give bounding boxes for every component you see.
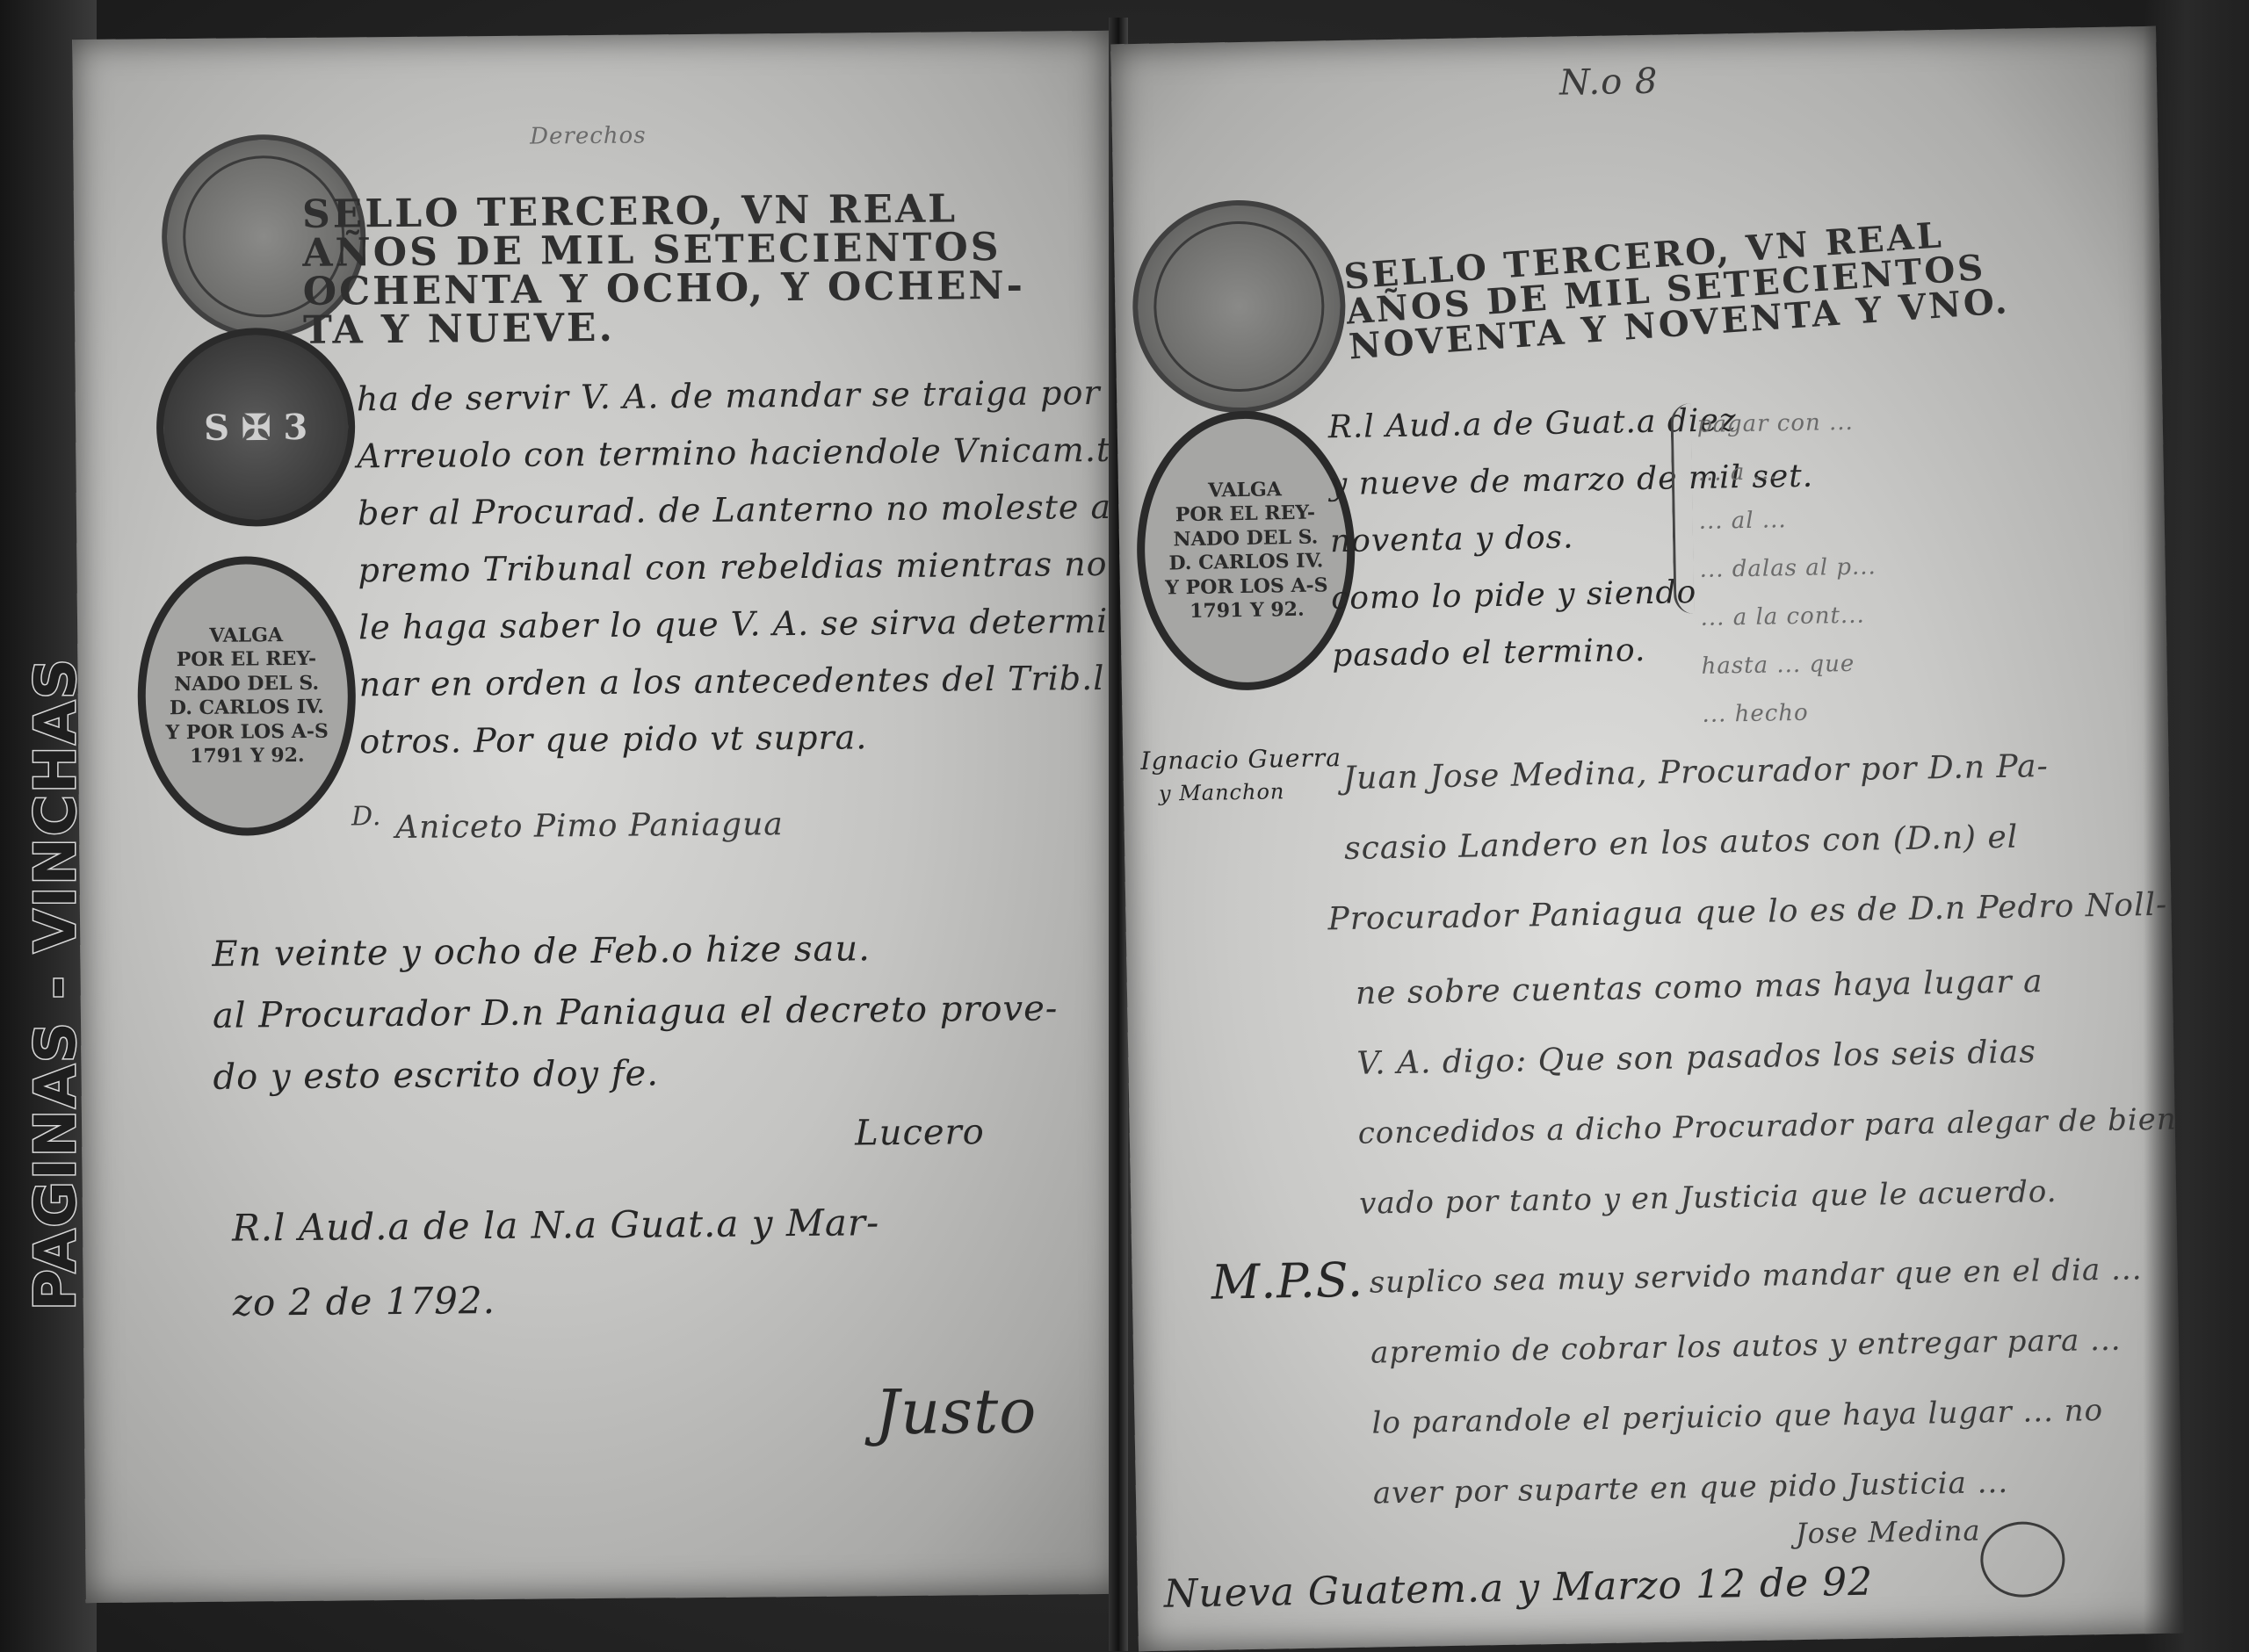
diligence-line: En veinte y ocho de Feb.o hize sau. [212, 928, 871, 975]
margin-bracket [1670, 403, 1694, 614]
seal-line: NADO DEL S. [174, 671, 319, 696]
seal-line: D. CARLOS IV. [170, 696, 324, 721]
petition-line: Juan Jose Medina, Procurador por D.n Pa- [1342, 748, 2049, 797]
habilitation-seal: VALGA POR EL REY- NADO DEL S. D. CARLOS … [1134, 409, 1357, 692]
stamp-line: TA Y NUEVE. [303, 306, 1026, 350]
body-line: Arreuolo con termino haciendole Vnicam.t… [357, 429, 1123, 475]
body-line: ha de servir V. A. de mandar se traiga p… [357, 373, 1101, 418]
petition-line: aver por suparte en que pido Justicia ..… [1373, 1465, 2009, 1511]
salutation: M.P.S. [1211, 1252, 1363, 1310]
seal-line: VALGA [209, 624, 283, 648]
seal-line: POR EL REY- [177, 647, 316, 673]
margin-signature: y Manchon [1159, 779, 1285, 805]
decree-line: noventa y dos. [1330, 519, 1574, 559]
body-line: nar en orden a los antecedentes del Trib… [358, 658, 1122, 703]
margin-note: ... a la cont... [1700, 602, 1865, 631]
petitioner-signature: Jose Medina [1796, 1513, 1981, 1550]
right-page: N.o 8 SELLO TERCERO, VN REAL AÑOS DE MIL… [1110, 26, 2184, 1651]
seal-line: 1791 Y 92. [1190, 598, 1305, 624]
seal-line: 1791 Y 92. [190, 744, 305, 769]
carolus-royal-seal [1131, 198, 1347, 415]
left-page: Derechos SELLO TERCERO, VN REAL AÑOS DE … [72, 31, 1122, 1603]
seal-line: D. CARLOS IV. [1168, 549, 1323, 576]
coin-seal: S ✠ 3 [155, 327, 356, 527]
seal-line: Y POR LOS A-S [165, 719, 329, 745]
body-line: ber al Procurad. de Lanterno no moleste … [358, 486, 1123, 532]
petition-line: suplico sea muy servido mandar que en el… [1369, 1252, 2142, 1300]
body-line: le haga saber lo que V. A. se sirva dete… [358, 602, 1120, 647]
stamp-line: OCHENTA Y OCHO, Y OCHEN- [303, 267, 1026, 312]
closing-date-line: Nueva Guatem.a y Marzo 12 de 92 [1163, 1560, 1873, 1617]
margin-note: ... hecho [1702, 700, 1809, 728]
body-line: premo Tribunal con rebeldias mientras no… [358, 544, 1122, 589]
petition-line: ne sobre cuentas como mas haya lugar a [1356, 963, 2043, 1012]
right-stamp-text: SELLO TERCERO, VN REAL AÑOS DE MIL SETEC… [1342, 213, 2010, 364]
decree-line: R.l Aud.a de la N.a Guat.a y Mar- [232, 1201, 880, 1249]
seal-line: POR EL REY- [1175, 501, 1316, 528]
diligence-line: al Procurador D.n Paniagua el decreto pr… [213, 988, 1059, 1035]
margin-signature: Ignacio Guerra [1140, 743, 1341, 776]
petition-line: V. A. digo: Que son pasados los seis dia… [1356, 1034, 2036, 1081]
petition-line: concedidos a dicho Procurador para alega… [1357, 1100, 2183, 1151]
body-line: otros. Por que pido vt supra. [359, 718, 868, 761]
signature-prefix: D. [351, 801, 382, 832]
folio-mark: N.o 8 [1559, 61, 1659, 104]
petition-line: scasio Landero en los autos con (D.n) el [1344, 819, 2019, 867]
decree-line: zo 2 de 1792. [233, 1279, 496, 1324]
margin-note: pagar con ... [1697, 409, 1855, 438]
signature-paniagua: Aniceto Pimo Paniagua [395, 806, 784, 846]
petition-line: apremio de cobrar los autos y entregar p… [1370, 1323, 2122, 1371]
margin-note: hasta ... que [1701, 651, 1855, 680]
margin-note: ... dalas al p... [1699, 553, 1877, 583]
petition-line: vado por tanto y en Justicia que le acue… [1359, 1174, 2057, 1222]
header-mark: Derechos [530, 122, 647, 149]
signature-lucero: Lucero [855, 1112, 985, 1153]
seal-line: NADO DEL S. [1173, 525, 1318, 552]
diligence-line: do y esto escrito doy fe. [213, 1053, 659, 1097]
petition-line: lo parandole el perjuicio que haya lugar… [1371, 1393, 2103, 1441]
seal-inner-ring [1153, 220, 1326, 393]
decree-line: pasado el termino. [1332, 632, 1646, 674]
habilitation-seal: VALGA POR EL REY- NADO DEL S. D. CARLOS … [136, 555, 357, 836]
petition-line: Procurador Paniagua que lo es de D.n Ped… [1327, 887, 2167, 938]
decree-line: como lo pide y siendo [1331, 574, 1697, 617]
signature-flourish [1980, 1521, 2065, 1598]
page-edge-shadow [2144, 0, 2249, 1652]
seal-line: Y POR LOS A-S [1165, 574, 1328, 601]
seal-line: VALGA [1208, 478, 1282, 503]
margin-note: ... al ... [1698, 507, 1786, 535]
rubric-signature: Justo [875, 1375, 1038, 1449]
margin-note: ... a ... [1697, 458, 1777, 487]
left-stamp-text: SELLO TERCERO, VN REAL AÑOS DE MIL SETEC… [302, 190, 1026, 350]
